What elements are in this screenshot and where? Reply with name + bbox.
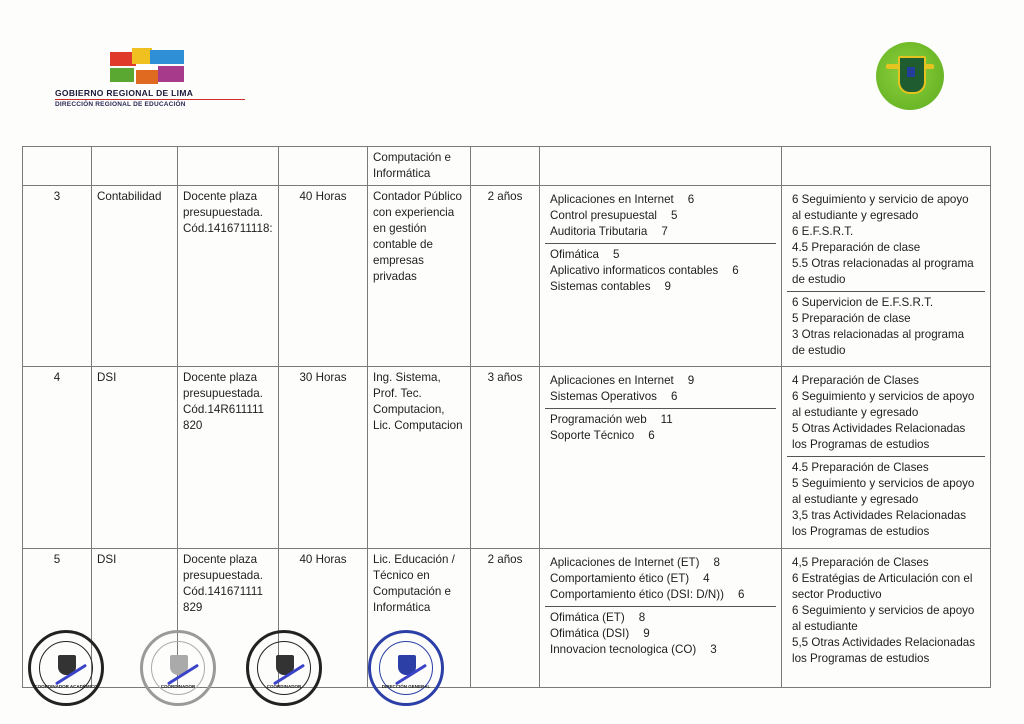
activity-group: 6 Supervicion de E.F.S.R.T.5 Preparación…	[787, 291, 985, 362]
stamp-label: COORDINADOR ACADÉMICO	[31, 684, 101, 689]
activity-item: 6 Estratégias de Articulación con el sec…	[792, 571, 980, 603]
course-item: Soporte Técnico 6	[550, 428, 771, 444]
course-name: Aplicaciones en Internet	[550, 192, 674, 208]
activity-item: 5.5 Otras relacionadas al programa de es…	[792, 256, 980, 288]
course-item: Sistemas contables 9	[550, 279, 771, 295]
activity-item: 5 Seguimiento y servicios de apoyo al es…	[792, 476, 980, 508]
course-item: Aplicativo informaticos contables 6	[550, 263, 771, 279]
course-item: Innovacion tecnologica (CO) 3	[550, 642, 771, 658]
activity-item: 4.5 Preparación de clase	[792, 240, 980, 256]
course-group: Aplicaciones en Internet 9 Sistemas Oper…	[545, 370, 776, 408]
course-name: Innovacion tecnologica (CO)	[550, 642, 696, 658]
course-hours: 7	[661, 224, 667, 240]
table-row-continuation: Computación e Informática	[23, 147, 991, 186]
course-name: Aplicativo informaticos contables	[550, 263, 718, 279]
course-name: Ofimática (ET)	[550, 610, 625, 626]
course-name: Aplicaciones de Internet (ET)	[550, 555, 700, 571]
course-name: Sistemas Operativos	[550, 389, 657, 405]
experience-cell: 2 años	[471, 186, 540, 367]
org-subtitle: DIRECCIÓN REGIONAL DE EDUCACIÓN	[55, 101, 245, 108]
activity-item: 5,5 Otras Actividades Relacionadas los P…	[792, 635, 980, 667]
course-hours: 8	[714, 555, 720, 571]
course-hours: 9	[665, 279, 671, 295]
profile-cell: Ing. Sistema, Prof. Tec. Computacion, Li…	[368, 367, 471, 549]
gobierno-regional-logo: GOBIERNO REGIONAL DE LIMA DIRECCIÓN REGI…	[55, 48, 245, 112]
course-item: Ofimática (DSI) 9	[550, 626, 771, 642]
course-name: Ofimática	[550, 247, 599, 263]
courses-cell: Aplicaciones en Internet 9 Sistemas Oper…	[540, 367, 782, 549]
activity-group: 4.5 Preparación de Clases5 Seguimiento y…	[787, 456, 985, 543]
table-row: 4DSIDocente plaza presupuestada. Cód.14R…	[23, 367, 991, 549]
experience-cell: 3 años	[471, 367, 540, 549]
course-group: Aplicaciones de Internet (ET) 8 Comporta…	[545, 552, 776, 606]
activity-item: 6 Seguimiento y servicios de apoyo al es…	[792, 603, 980, 635]
course-hours: 6	[738, 587, 744, 603]
course-group: Ofimática (ET) 8 Ofimática (DSI) 9 Innov…	[545, 606, 776, 661]
activity-item: 4 Preparación de Clases	[792, 373, 980, 389]
activity-item: 3 Otras relacionadas al programa de estu…	[792, 327, 980, 359]
course-hours: 6	[688, 192, 694, 208]
program-cell: DSI	[92, 367, 178, 549]
regional-emblem-icon	[110, 48, 190, 86]
course-hours: 6	[671, 389, 677, 405]
activities-cell: 4,5 Preparación de Clases6 Estratégias d…	[782, 549, 991, 688]
teacher-positions-table: Computación e Informática 3ContabilidadD…	[22, 146, 991, 688]
course-item: Control presupuestal 5	[550, 208, 771, 224]
position-cell: Docente plaza presupuestada. Cód.14R6111…	[178, 367, 279, 549]
course-item: Aplicaciones en Internet 6	[550, 192, 771, 208]
course-hours: 9	[643, 626, 649, 642]
activities-cell: 4 Preparación de Clases6 Seguimiento y s…	[782, 367, 991, 549]
course-group: Programación web 11 Soporte Técnico 6	[545, 408, 776, 447]
course-item: Aplicaciones de Internet (ET) 8	[550, 555, 771, 571]
course-item: Comportamiento ético (DSI: D/N)) 6	[550, 587, 771, 603]
table-row: 3ContabilidadDocente plaza presupuestada…	[23, 186, 991, 367]
courses-cell: Aplicaciones de Internet (ET) 8 Comporta…	[540, 549, 782, 688]
activity-item: 4.5 Preparación de Clases	[792, 460, 980, 476]
activity-item: 5 Otras Actividades Relacionadas los Pro…	[792, 421, 980, 453]
course-name: Comportamiento ético (ET)	[550, 571, 689, 587]
official-seal-stamp: COORDINADOR ACADÉMICO	[28, 630, 104, 706]
hours-cell: 40 Horas	[279, 186, 368, 367]
course-item: Auditoria Tributaria 7	[550, 224, 771, 240]
stamp-label: DIRECCIÓN GENERAL	[371, 684, 441, 689]
activity-item: 6 Seguimiento y servicio de apoyo al est…	[792, 192, 980, 224]
course-item: Sistemas Operativos 6	[550, 389, 771, 405]
activity-item: 4,5 Preparación de Clases	[792, 555, 980, 571]
shield-icon	[898, 56, 926, 94]
course-group: Aplicaciones en Internet 6 Control presu…	[545, 189, 776, 243]
activities-cell: 6 Seguimiento y servicio de apoyo al est…	[782, 186, 991, 367]
course-hours: 6	[732, 263, 738, 279]
activity-item: 6 Seguimiento y servicios de apoyo al es…	[792, 389, 980, 421]
stamp-label: COORDINADOR	[249, 684, 319, 689]
institute-crest-logo	[876, 42, 944, 110]
activity-item: 5 Preparación de clase	[792, 311, 980, 327]
activity-item: 6 E.F.S.R.T.	[792, 224, 980, 240]
position-cell: Docente plaza presupuestada. Cód.1416711…	[178, 186, 279, 367]
course-item: Programación web 11	[550, 412, 771, 428]
course-name: Programación web	[550, 412, 647, 428]
course-name: Sistemas contables	[550, 279, 651, 295]
official-seal-stamp: DIRECCIÓN GENERAL	[368, 630, 444, 706]
row-number: 3	[23, 186, 92, 367]
course-hours: 9	[688, 373, 694, 389]
course-name: Comportamiento ético (DSI: D/N))	[550, 587, 724, 603]
course-hours: 11	[661, 412, 673, 428]
course-hours: 8	[639, 610, 645, 626]
activity-item: 3,5 tras Actividades Relacionadas los Pr…	[792, 508, 980, 540]
org-name: GOBIERNO REGIONAL DE LIMA	[55, 88, 245, 100]
course-name: Control presupuestal	[550, 208, 657, 224]
course-hours: 6	[648, 428, 654, 444]
experience-cell: 2 años	[471, 549, 540, 688]
course-name: Auditoria Tributaria	[550, 224, 647, 240]
row-number: 4	[23, 367, 92, 549]
hours-cell: 30 Horas	[279, 367, 368, 549]
official-seal-stamp: COORDINADOR	[246, 630, 322, 706]
course-group: Ofimática 5 Aplicativo informaticos cont…	[545, 243, 776, 298]
course-item: Ofimática 5	[550, 247, 771, 263]
activity-group: 4,5 Preparación de Clases6 Estratégias d…	[787, 552, 985, 670]
course-item: Aplicaciones en Internet 9	[550, 373, 771, 389]
courses-cell: Aplicaciones en Internet 6 Control presu…	[540, 186, 782, 367]
profile-cell: Contador Público con experiencia en gest…	[368, 186, 471, 367]
course-name: Ofimática (DSI)	[550, 626, 629, 642]
course-hours: 5	[613, 247, 619, 263]
course-hours: 3	[710, 642, 716, 658]
program-cell: Contabilidad	[92, 186, 178, 367]
course-name: Aplicaciones en Internet	[550, 373, 674, 389]
official-seal-stamp: COORDINADOR	[140, 630, 216, 706]
course-hours: 4	[703, 571, 709, 587]
course-hours: 5	[671, 208, 677, 224]
activity-item: 6 Supervicion de E.F.S.R.T.	[792, 295, 980, 311]
profile-cell: Computación e Informática	[368, 147, 471, 186]
activity-group: 4 Preparación de Clases6 Seguimiento y s…	[787, 370, 985, 456]
course-name: Soporte Técnico	[550, 428, 634, 444]
activity-group: 6 Seguimiento y servicio de apoyo al est…	[787, 189, 985, 291]
course-item: Ofimática (ET) 8	[550, 610, 771, 626]
stamp-label: COORDINADOR	[143, 684, 213, 689]
course-item: Comportamiento ético (ET) 4	[550, 571, 771, 587]
